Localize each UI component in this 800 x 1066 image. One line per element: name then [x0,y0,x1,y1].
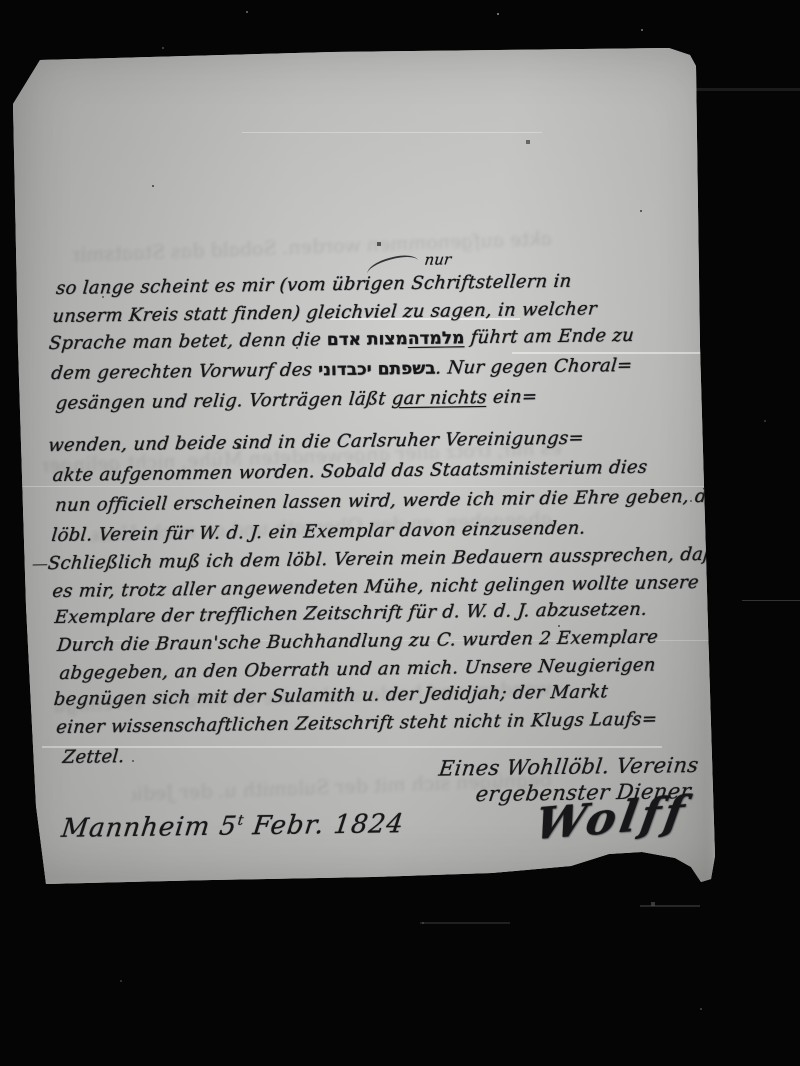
film-dust-specks [0,0,2,2]
line-text: wenden, und beide sind in die Carlsruher… [47,428,585,457]
text-line: so lange scheint es mir (vom übrigen Sch… [55,270,573,301]
text-line: Zettel. [61,745,125,770]
line-text: gesängen und relig. Vorträgen läßt [55,388,393,414]
line-text: Schließlich muß ich dem löbl. Verein mei… [47,544,717,574]
text-line: wenden, und beide sind in die Carlsruher… [47,427,585,459]
text-line: nun officiell erscheinen lassen wird, we… [54,484,736,518]
text-line: einer wissenschaftlichen Zeitschrift ste… [55,708,658,740]
inserted-word: nur [424,250,453,268]
line-text: löbl. Verein für W. d. J. ein Exemplar d… [51,518,587,546]
paper-dust-specks [12,46,14,48]
line-text: Exemplare der trefflichen Zeitschrift fü… [54,599,648,628]
text-line: unserm Kreis statt finden) gleichviel zu… [51,297,598,329]
hebrew-phrase: מצות אדם [327,327,408,352]
dateline-rest: Febr. 1824 [242,809,406,841]
line-text: abgegeben, an den Oberrath und an mich. … [59,655,657,684]
line-text: . Nur gegen Choral= [435,355,634,379]
text-line: akte aufgenommen worden. Sobald das Staa… [52,456,649,488]
text-line: löbl. Verein für W. d. J. ein Exemplar d… [50,517,586,548]
line-text: einer wissenschaftlichen Zeitschrift ste… [55,709,658,738]
dateline: Mannheim 5t Febr. 1824 [60,809,406,844]
line-text: Zettel. [62,746,126,768]
scanned-letter-view: akte aufgenommen worden. Sobald das Staa… [0,0,800,1066]
line-text: begnügen sich mit der Sulamith u. der Je… [53,681,609,710]
line-text: nun officiell erscheinen lassen wird, we… [54,485,736,516]
film-mark [640,905,700,907]
hebrew-phrase: בשפתם יכבדוני [318,357,436,383]
margin-dash: — [32,554,48,573]
line-text: Sprache man betet, denn die [48,329,328,354]
text-line: Schließlich muß ich dem löbl. Verein mei… [47,543,717,576]
closing-line: Eines Wohllöbl. Vereins [377,753,700,782]
text-line: Durch die Braun'sche Buchhandlung zu C. … [56,626,659,658]
line-text: dem gerechten Vorwurf des [50,359,319,384]
film-mark [420,922,510,924]
line-text: so lange scheint es mir (vom übrigen Sch… [55,271,572,299]
text-line: dem gerechten Vorwurf des בשפתם יכבדוני.… [50,354,633,386]
text-line: Sprache man betet, denn die מצות אדם מלמ… [48,324,635,356]
letter-text: nur so lange scheint es mir (vom übrigen… [9,37,727,885]
line-text: Durch die Braun'sche Buchhandlung zu C. … [56,627,659,656]
dateline-place: Mannheim 5 [60,811,239,844]
letter-page: akte aufgenommen worden. Sobald das Staa… [12,46,718,884]
film-scratch [742,600,800,601]
line-text: ein= [486,386,538,408]
line-text: führt am Ende zu [464,325,635,348]
hebrew-phrase-underlined: מלמדה [408,326,465,351]
text-line: begnügen sich mit der Sulamith u. der Je… [53,680,609,712]
underlined-words: gar nichts [391,387,488,409]
text-line: gesängen und relig. Vorträgen läßt gar n… [55,385,539,416]
line-text: unserm Kreis statt finden) gleichviel zu… [52,298,598,327]
line-text: akte aufgenommen worden. Sobald das Staa… [52,457,649,486]
